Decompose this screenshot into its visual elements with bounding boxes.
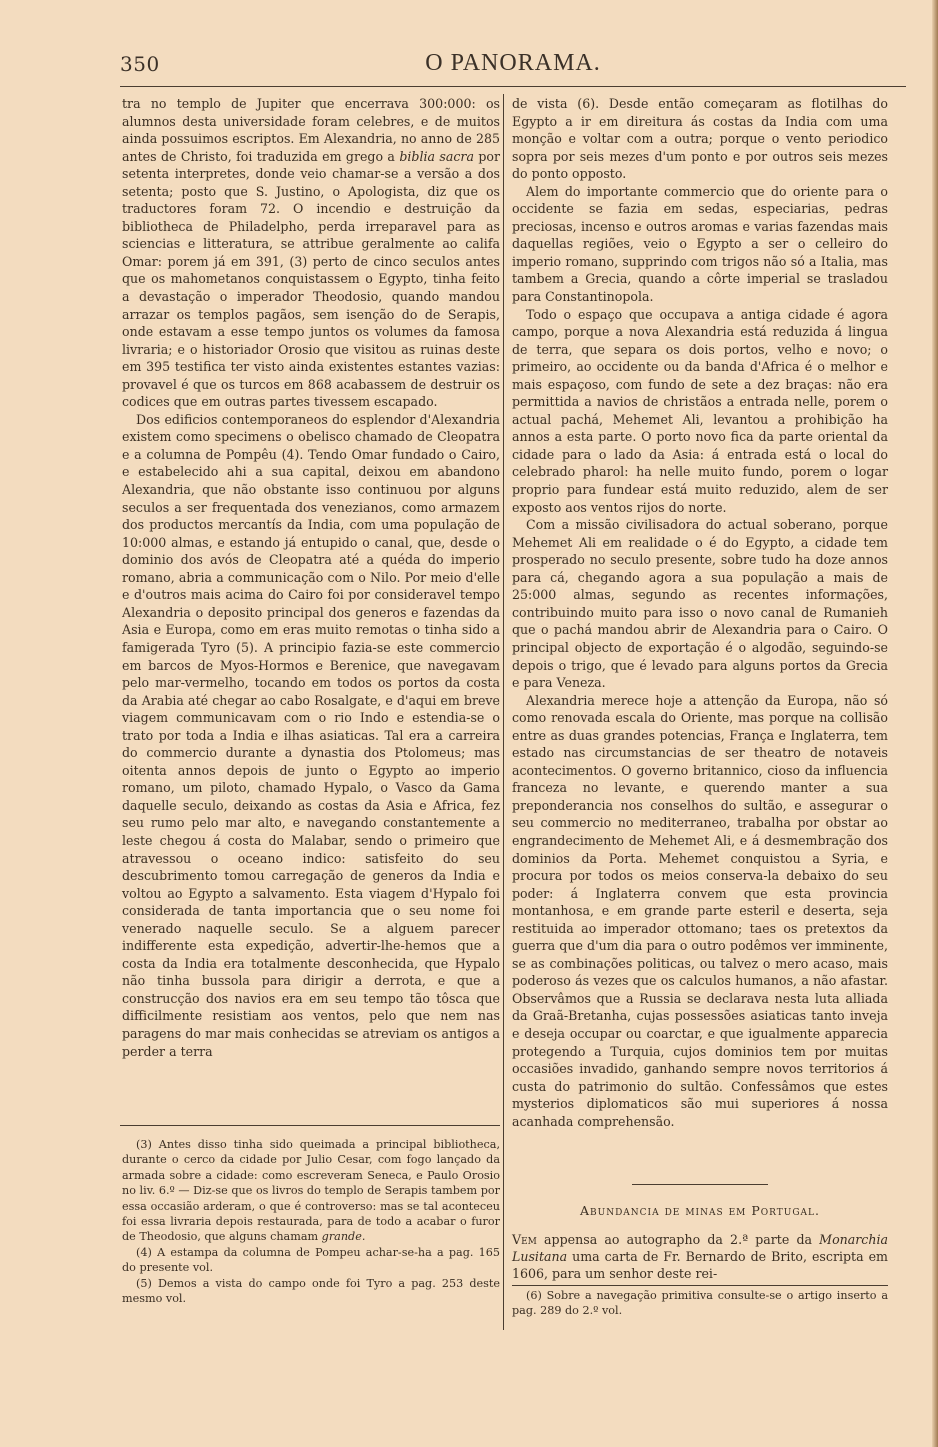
section-rule (632, 1184, 768, 1185)
footnotes-left: (3) Antes disso tinha sido queimada a pr… (122, 1137, 500, 1306)
right-paragraph-5: Alexandria merece hoje a attenção da Eur… (512, 692, 888, 1131)
footnote-5: (5) Demos a vista do campo onde foi Tyro… (122, 1276, 500, 1307)
section-title: Abundancia de minas em Portugal. (512, 1203, 888, 1218)
page-header: 350 O PANORAMA. (120, 48, 906, 88)
right-column: de vista (6). Desde então começaram as f… (512, 95, 888, 1130)
section-lead-word: Vem (512, 1232, 537, 1247)
right-paragraph-4: Com a missão civilisadora do actual sobe… (512, 516, 888, 691)
left-column: tra no templo de Jupiter que encerrava 3… (122, 95, 500, 1060)
section-body: Vem appensa ao autographo da 2.ª parte d… (512, 1231, 888, 1283)
header-rule (120, 86, 906, 87)
footnote-3: (3) Antes disso tinha sido queimada a pr… (122, 1137, 500, 1245)
italic-phrase: grande. (322, 1230, 366, 1243)
footnote-rule-left (120, 1125, 500, 1126)
running-title: O PANORAMA. (120, 50, 906, 77)
left-paragraph-2: Dos edificios contemporaneos do esplendo… (122, 411, 500, 1060)
footnote-4: (4) A estampa da columna de Pompeu achar… (122, 1245, 500, 1276)
right-paragraph-2: Alem do importante commercio que do orie… (512, 183, 888, 306)
footnote-6: (6) Sobre a navegação primitiva consulte… (512, 1289, 888, 1319)
right-paragraph-1: de vista (6). Desde então começaram as f… (512, 95, 888, 183)
section-body-start: appensa ao autographo da 2.ª parte da (537, 1232, 819, 1247)
footnotes-right: (6) Sobre a navegação primitiva consulte… (512, 1289, 888, 1319)
section-body-end: uma carta de Fr. Bernardo de Brito, escr… (512, 1249, 888, 1281)
page-edge (932, 0, 938, 1447)
footnote-rule-right (512, 1285, 888, 1286)
italic-phrase: biblia sacra (399, 149, 474, 164)
left-paragraph-1: tra no templo de Jupiter que encerrava 3… (122, 95, 500, 411)
column-divider (503, 94, 504, 1330)
right-paragraph-3: Todo o espaço que occupava a antiga cida… (512, 306, 888, 517)
